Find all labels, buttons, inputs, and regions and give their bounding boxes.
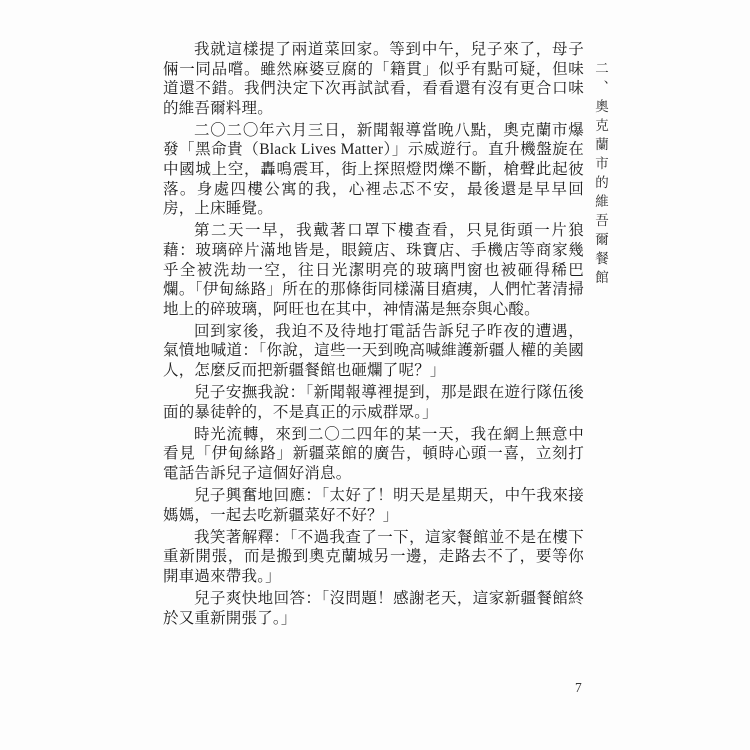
body-paragraph: 我就這樣提了兩道菜回家。等到中午，兒子來了，母子倆一同品嚐。雖然麻婆豆腐的「籍貫… [163, 40, 584, 118]
body-paragraph: 兒子爽快地回答：「沒問題！感謝老天，這家新疆餐館終於又重新開張了。」 [163, 589, 584, 628]
page-number: 7 [575, 680, 582, 696]
body-paragraph: 兒子安撫我說：「新聞報導裡提到，那是跟在遊行隊伍後面的暴徒幹的，不是真正的示威群… [163, 383, 584, 422]
body-paragraph: 第二天一早，我戴著口罩下樓查看，只見街頭一片狼藉：玻璃碎片滿地皆是，眼鏡店、珠寶… [163, 221, 584, 319]
body-paragraph: 時光流轉，來到二〇二四年的某一天，我在網上無意中看見「伊甸絲路」新疆菜館的廣告，… [163, 425, 584, 484]
body-paragraph: 兒子興奮地回應：「太好了！明天是星期天，中午我來接媽媽，一起去吃新疆菜好不好？」 [163, 486, 584, 525]
body-text-block: 我就這樣提了兩道菜回家。等到中午，兒子來了，母子倆一同品嚐。雖然麻婆豆腐的「籍貫… [163, 40, 584, 631]
body-paragraph: 回到家後，我迫不及待地打電話告訴兒子昨夜的遭遇，氣憤地喊道：「你說，這些一天到晚… [163, 322, 584, 381]
body-paragraph: 我笑著解釋：「不過我查了一下，這家餐館並不是在樓下重新開張，而是搬到奧克蘭城另一… [163, 528, 584, 587]
body-paragraph: 二〇二〇年六月三日，新聞報導當晚八點，奧克蘭市爆發「黑命貴（Black Live… [163, 121, 584, 219]
book-page: 我就這樣提了兩道菜回家。等到中午，兒子來了，母子倆一同品嚐。雖然麻婆豆腐的「籍貫… [0, 0, 750, 750]
chapter-side-title: 二、奧克蘭市的維吾爾餐館 [590, 61, 610, 311]
